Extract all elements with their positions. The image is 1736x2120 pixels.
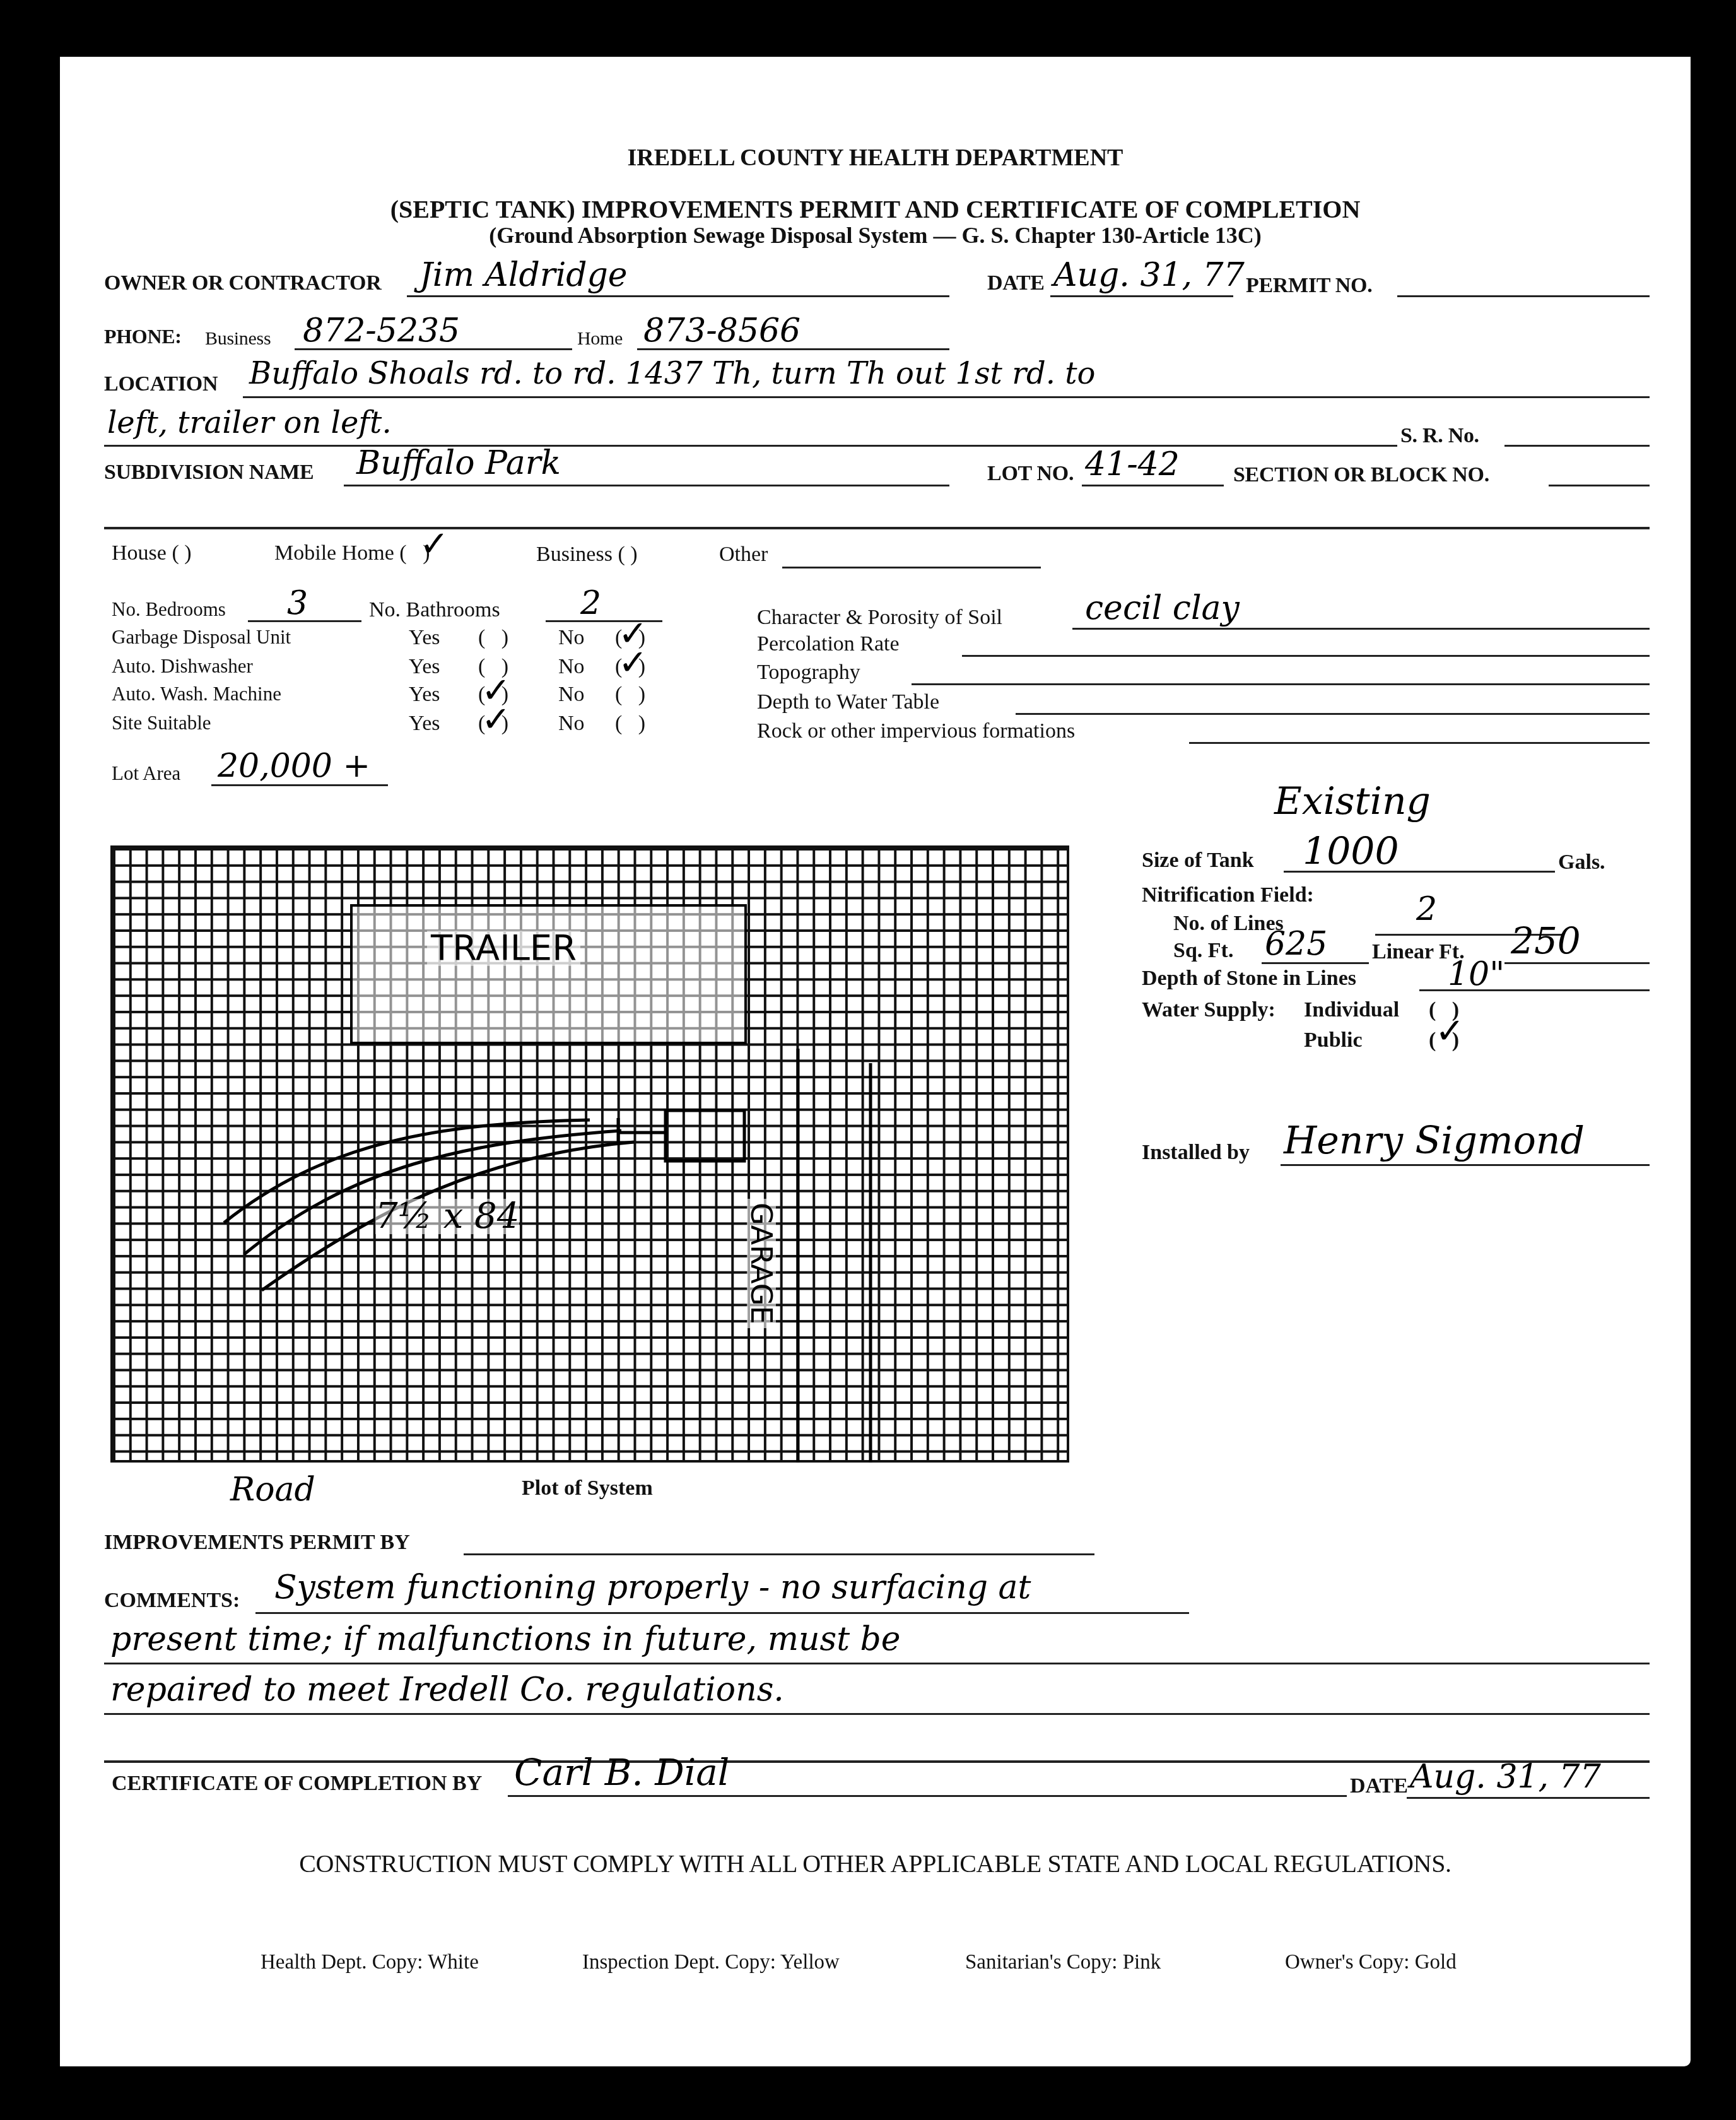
septic-tank-box (666, 1110, 744, 1161)
gals-label: Gals. (1558, 851, 1605, 874)
compliance-notice: CONSTRUCTION MUST COMPLY WITH ALL OTHER … (60, 1849, 1691, 1878)
lot-no-field[interactable]: 41-42 (1085, 448, 1180, 481)
location-line-1 (243, 396, 1650, 398)
installed-by-line (1281, 1164, 1650, 1166)
subdivision-label: SUBDIVISION NAME (104, 461, 314, 485)
topography-field[interactable] (912, 683, 1650, 685)
sqft-field[interactable]: 625 (1265, 927, 1327, 960)
comments-line-3 (104, 1713, 1650, 1715)
mobile-home-label: Mobile Home ( (274, 541, 407, 565)
comments-field-3[interactable]: repaired to meet Iredell Co. regulations… (110, 1673, 784, 1706)
linear-ft-line (1504, 962, 1650, 964)
bedrooms-field[interactable]: 3 (287, 587, 308, 620)
water-table-field[interactable] (1016, 713, 1650, 715)
feature-label: Site Suitable (112, 712, 211, 734)
business-phone-field[interactable]: 872-5235 (303, 314, 460, 347)
certificate-date-line (1407, 1797, 1650, 1799)
permit-form-page: IREDELL COUNTY HEALTH DEPARTMENT (SEPTIC… (60, 57, 1691, 2066)
rock-label: Rock or other impervious formations (757, 719, 1075, 743)
location-field-2[interactable]: left, trailer on left. (107, 408, 392, 438)
copy-distribution-1: Health Dept. Copy: White (261, 1951, 479, 1974)
section-field[interactable] (1549, 485, 1650, 486)
location-label: LOCATION (104, 372, 218, 396)
comments-line-1 (255, 1612, 1189, 1614)
plot-caption: Plot of System (522, 1476, 653, 1500)
certificate-label: CERTIFICATE OF COMPLETION BY (112, 1772, 482, 1796)
form-subtitle: (Ground Absorption Sewage Disposal Syste… (60, 222, 1691, 249)
lot-no-line (1082, 485, 1224, 486)
soil-character-field[interactable]: cecil clay (1085, 592, 1240, 625)
percolation-field[interactable] (962, 655, 1650, 657)
feature-yes-label: Yes (409, 683, 440, 707)
stone-depth-field[interactable]: 10" (1448, 958, 1504, 991)
checkmark-icon: ✓ (419, 524, 449, 565)
tank-size-label: Size of Tank (1142, 849, 1254, 873)
date-line (1050, 295, 1233, 297)
sr-no-field[interactable] (1504, 445, 1650, 447)
improvements-permit-field[interactable] (464, 1553, 1094, 1555)
section-divider (104, 527, 1650, 529)
certificate-signature[interactable]: Carl B. Dial (514, 1754, 729, 1791)
percolation-label: Percolation Rate (757, 632, 900, 656)
permit-no-field[interactable] (1397, 295, 1650, 297)
copy-distribution-3: Sanitarian's Copy: Pink (965, 1951, 1161, 1974)
house-checkbox[interactable]: House ( ) (112, 541, 192, 565)
checkmark-icon: ✓ (618, 642, 648, 683)
agency-title: IREDELL COUNTY HEALTH DEPARTMENT (60, 144, 1691, 172)
feature-no-label: No (558, 655, 585, 679)
soil-character-label: Character & Porosity of Soil (757, 606, 1002, 630)
stone-depth-label: Depth of Stone in Lines (1142, 967, 1356, 991)
copy-distribution-4: Owner's Copy: Gold (1285, 1951, 1457, 1974)
subdivision-field[interactable]: Buffalo Park (356, 447, 561, 480)
certificate-date-label: DATE (1350, 1774, 1408, 1798)
feature-label: Garbage Disposal Unit (112, 626, 291, 649)
owner-field[interactable]: Jim Aldridge (419, 259, 628, 291)
comments-field-1[interactable]: System functioning properly - no surfaci… (274, 1571, 1031, 1604)
topography-label: Topography (757, 661, 860, 685)
copy-distribution-2: Inspection Dept. Copy: Yellow (582, 1951, 840, 1974)
garage-label: GARAGE (747, 1199, 776, 1328)
sqft-label: Sq. Ft. (1173, 939, 1233, 963)
feature-label: Auto. Dishwasher (112, 655, 253, 678)
bedrooms-label: No. Bedrooms (112, 598, 226, 621)
feature-no-label: No (558, 683, 585, 707)
owner-label: OWNER OR CONTRACTOR (104, 271, 382, 295)
subdivision-line (344, 485, 949, 486)
water-table-label: Depth to Water Table (757, 690, 939, 714)
other-field[interactable] (782, 567, 1041, 568)
water-supply-label: Water Supply: (1142, 998, 1276, 1022)
certificate-date-field[interactable]: Aug. 31, 77 (1410, 1760, 1601, 1793)
installed-by-field[interactable]: Henry Sigmond (1284, 1122, 1585, 1160)
rock-field[interactable] (1189, 742, 1650, 744)
feature-no-label: No (558, 626, 585, 650)
owner-line (407, 295, 949, 297)
form-title: (SEPTIC TANK) IMPROVEMENTS PERMIT AND CE… (60, 194, 1691, 224)
trailer-label: TRAILER (427, 931, 580, 966)
bathrooms-field[interactable]: 2 (580, 587, 601, 620)
sr-no-label: S. R. No. (1400, 424, 1479, 448)
road-label: Road (230, 1473, 315, 1506)
improvements-permit-label: IMPROVEMENTS PERMIT BY (104, 1531, 410, 1555)
tank-size-field[interactable]: 1000 (1303, 833, 1399, 871)
date-field[interactable]: Aug. 31, 77 (1053, 259, 1245, 291)
trailer-outline (351, 905, 746, 1043)
feature-yes-label: Yes (409, 626, 440, 650)
section-label: SECTION OR BLOCK NO. (1233, 463, 1489, 487)
lot-area-field[interactable]: 20,000 + (218, 750, 370, 782)
location-line-2 (104, 445, 1397, 447)
lot-area-label: Lot Area (112, 762, 180, 785)
feature-no-checkbox[interactable]: ( ) (615, 712, 645, 736)
comments-label: COMMENTS: (104, 1589, 240, 1613)
mobile-home-checkbox[interactable]: Mobile Home ( ) (274, 541, 430, 565)
phone-label: PHONE: (104, 325, 182, 348)
feature-no-label: No (558, 712, 585, 736)
other-label: Other (719, 543, 768, 567)
home-phone-field[interactable]: 873-8566 (643, 314, 801, 347)
individual-label: Individual (1304, 998, 1399, 1022)
feature-no-checkbox[interactable]: ( ) (615, 683, 645, 707)
date-label: DATE (987, 271, 1045, 295)
feature-label: Auto. Wash. Machine (112, 683, 281, 705)
business-phone-label: Business (205, 328, 271, 350)
feature-yes-checkbox[interactable]: ( ) (478, 626, 508, 650)
feature-yes-label: Yes (409, 655, 440, 679)
linear-ft-field[interactable]: 250 (1511, 922, 1581, 959)
public-label: Public (1304, 1028, 1363, 1052)
home-phone-label: Home (577, 328, 623, 350)
field-dimensions: 7½ x 84 (375, 1199, 519, 1234)
business-checkbox[interactable]: Business ( ) (536, 543, 638, 567)
feature-yes-label: Yes (409, 712, 440, 736)
existing-note: Existing (1274, 782, 1431, 820)
checkmark-icon: ✓ (1435, 1011, 1465, 1052)
lot-no-label: LOT NO. (987, 462, 1074, 486)
comments-line-2 (104, 1663, 1650, 1664)
location-field-1[interactable]: Buffalo Shoals rd. to rd. 1437 Th, turn … (249, 358, 1096, 389)
plot-drawing (110, 845, 1069, 1463)
soil-character-line (1072, 628, 1650, 630)
nitrification-label: Nitrification Field: (1142, 883, 1314, 907)
installed-by-label: Installed by (1142, 1141, 1250, 1165)
bathrooms-label: No. Bathrooms (369, 598, 500, 622)
checkmark-icon: ✓ (481, 699, 511, 740)
certificate-line (508, 1795, 1347, 1797)
permit-no-label: PERMIT NO. (1246, 274, 1372, 298)
comments-field-2[interactable]: present time; if malfunctions in future,… (110, 1623, 901, 1656)
lines-field[interactable]: 2 (1416, 893, 1437, 926)
